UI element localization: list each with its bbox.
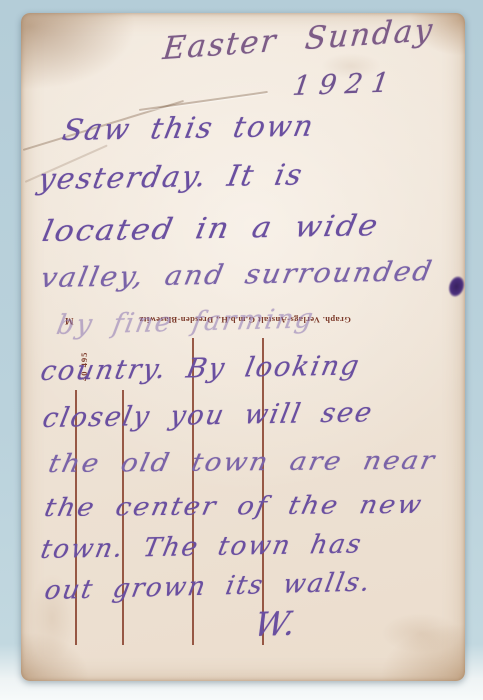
handwriting-line: town. The town has <box>38 529 365 565</box>
handwriting-line: the center of the new <box>42 490 426 522</box>
handwriting-line: country. By looking <box>38 350 363 387</box>
handwriting-line: located in a wide <box>40 208 383 248</box>
handwriting-line: closely you will see <box>40 397 376 434</box>
corner-crease <box>139 91 268 111</box>
handwriting-line: by fine farming <box>54 303 317 341</box>
handwritten-year: 1921 <box>291 67 400 102</box>
postcard: Graph. Verlags-Anstalt G.m.b.H., Dresden… <box>21 13 465 681</box>
handwritten-date-heading: Easter Sunday <box>161 12 436 67</box>
paper-stain <box>381 613 461 653</box>
handwriting-line: Saw this town <box>60 109 318 148</box>
handwriting-line: out grown its walls. <box>42 567 374 606</box>
handwriting-line: yesterday. It is <box>36 157 307 196</box>
handwriting-line: valley, and surrounded <box>38 256 436 294</box>
handwritten-signature-initial: W. <box>251 603 302 644</box>
handwriting-line: the old town are near <box>46 446 439 478</box>
ink-blot <box>446 274 467 299</box>
